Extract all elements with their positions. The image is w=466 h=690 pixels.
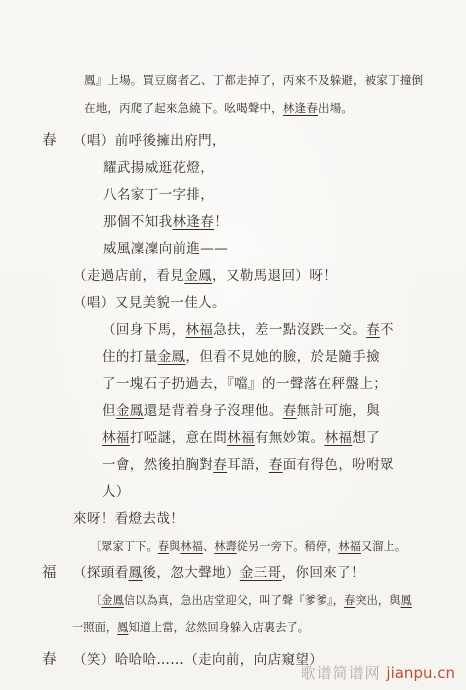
dialogue-line: （走過店前，看見金鳳，又勒馬退回）呀！ [73, 263, 466, 290]
underlined-name: 林福 [324, 430, 352, 446]
text-segment: 面有得色，吩咐眾 [283, 457, 394, 473]
speaker-label: 春 [42, 647, 57, 674]
stage-direction-line: 住的打量金鳳，但看不見她的臉，於是隨手撿 [102, 344, 466, 371]
script-line: 一會，然後拍胸對春耳語，春面有得色，吩咐眾 [0, 452, 466, 479]
text-segment: ！ [214, 214, 228, 230]
underlined-name: 春 [158, 540, 169, 553]
script-line: 福 （探頭看鳳後，忽大聲地）金三哥，你回來了！ [0, 560, 466, 587]
text-segment: （唱）又見美貌一佳人。 [73, 295, 226, 311]
underlined-name: 林福 [102, 430, 130, 446]
stage-direction-line: 林福打啞謎，意在問林福有無妙策。林福想了 [102, 425, 466, 452]
underlined-name: 春 [366, 322, 380, 338]
text-segment: 八名家丁一字排， [103, 187, 214, 203]
text-segment: ，你回來了！ [282, 565, 365, 581]
dialogue-line: （探頭看鳳後，忽大聲地）金三哥，你回來了！ [73, 560, 466, 587]
text-segment: 那個不知我 [103, 214, 173, 230]
script-line: 但金鳳還是背着身子沒理他。春無計可施，與 [0, 398, 466, 425]
text-segment: ，又勒馬退回）呀！ [212, 268, 337, 284]
text-segment: 、 [203, 540, 214, 553]
script-line: 人） [0, 479, 466, 506]
underlined-name: 鳳 [117, 621, 128, 634]
dialogue-line: （唱）又見美貌一佳人。 [73, 290, 466, 317]
text-segment: （探頭看 [73, 565, 129, 581]
stage-direction-line: 了一塊石子扔過去，『噹』的一聲落在秤盤上； [102, 371, 466, 398]
text-segment: 有無妙策。 [255, 430, 325, 446]
underlined-name: 林逢春 [173, 214, 215, 230]
script-line: 〔金鳳信以為真，急出店堂迎父，叫了聲『爹爹』，春突出，與鳳 [0, 587, 466, 614]
text-segment: 住的打量 [102, 349, 158, 365]
text-segment: 但 [102, 403, 116, 419]
dialogue-line: 來呀！看燈去哉！ [73, 506, 466, 533]
text-segment: 想了 [352, 430, 380, 446]
opening-stage-direction: 鳳』上場。買豆腐者乙、丁都走掉了，丙來不及躲避，被家丁撞倒 在地，丙爬了起來急繞… [84, 66, 424, 122]
script-body: 春 （唱）前呼後擁出府門， 耀武揚威逛花燈， 八名家丁一字排， 那個不知我林逢春… [0, 128, 466, 674]
text-segment: 〔眾家丁下。 [90, 540, 158, 553]
script-line: 那個不知我林逢春！ [0, 209, 466, 236]
underlined-name: 春 [213, 457, 227, 473]
text-segment: 出場。 [318, 101, 353, 115]
stage-direction-small: 一照面，鳳知道上當，忿然回身躲入店裏去了。 [72, 614, 466, 641]
underlined-name: 金鳳 [158, 349, 186, 365]
script-line: 林福打啞謎，意在問林福有無妙策。林福想了 [0, 425, 466, 452]
underlined-name: 金鳳 [184, 268, 212, 284]
text-segment: 了一塊石子扔過去，『噹』的一聲落在秤盤上； [102, 376, 387, 392]
text-segment: 信以為真，急出店堂迎父，叫了聲『爹爹』， [124, 594, 344, 607]
stage-direction-line: 但金鳳還是背着身子沒理他。春無計可施，與 [102, 398, 466, 425]
script-line: 住的打量金鳳，但看不見她的臉，於是隨手撿 [0, 344, 466, 371]
text-segment: 打啞謎，意在問 [130, 430, 227, 446]
script-line: 了一塊石子扔過去，『噹』的一聲落在秤盤上； [0, 371, 466, 398]
script-line: （走過店前，看見金鳳，又勒馬退回）呀！ [0, 263, 466, 290]
text-segment: 一會，然後拍胸對 [102, 457, 213, 473]
text-segment: 〔 [90, 594, 101, 607]
text-segment: 在地，丙爬了起來急繞下。吆喝聲中， [84, 101, 283, 115]
text-segment: 鳳』上場。買豆腐者乙、丁都走掉了，丙來不及躲避，被家丁撞倒 [84, 73, 423, 87]
script-line: 春 （唱）前呼後擁出府門， [0, 128, 466, 155]
speaker-label: 春 [42, 128, 57, 155]
speaker-label: 福 [42, 560, 57, 587]
text-segment: 又溜上。 [361, 540, 406, 553]
script-line: 來呀！看燈去哉！ [0, 506, 466, 533]
underlined-name: 林壽 [214, 540, 237, 553]
underlined-name: 鳳 [129, 565, 143, 581]
sung-line: （唱）前呼後擁出府門， [73, 128, 466, 155]
text-segment: 一照面， [72, 621, 117, 634]
scanned-script-page: 鳳』上場。買豆腐者乙、丁都走掉了，丙來不及躲避，被家丁撞倒 在地，丙爬了起來急繞… [0, 0, 466, 690]
script-line: 八名家丁一字排， [0, 182, 466, 209]
stage-direction-line: 鳳』上場。買豆腐者乙、丁都走掉了，丙來不及躲避，被家丁撞倒 [84, 66, 424, 94]
text-segment: 從另一旁下。稍停， [237, 540, 339, 553]
watermark-site-url: jianpu.cn [386, 664, 455, 682]
text-segment: 急扶，差一點沒跌一交。 [213, 322, 366, 338]
underlined-name: 金鳳 [116, 403, 144, 419]
text-segment: 知道上當，忿然回身躲入店裏去了。 [128, 621, 309, 634]
script-line: 威風凜凜向前進—— [0, 236, 466, 263]
underlined-name: 林福 [180, 540, 203, 553]
text-segment: 後，忽大聲地） [143, 565, 240, 581]
stage-direction-line: 人） [102, 479, 466, 506]
underlined-name: 林福 [338, 540, 361, 553]
underlined-name: 金鳳 [101, 594, 124, 607]
text-segment: 突出，與 [355, 594, 400, 607]
text-segment: 耀武揚威逛花燈， [103, 160, 214, 176]
watermark: 歌谱简谱网 jianpu.cn [301, 662, 455, 683]
underlined-name: 鳳 [400, 594, 411, 607]
text-segment: （笑）哈哈哈……（走向前，向店窺望） [73, 652, 323, 668]
stage-direction-small: 〔金鳳信以為真，急出店堂迎父，叫了聲『爹爹』，春突出，與鳳 [90, 587, 466, 614]
text-segment: 無計可施，與 [297, 403, 380, 419]
script-line: （唱）又見美貌一佳人。 [0, 290, 466, 317]
text-segment: ，但看不見她的臉，於是隨手撿 [185, 349, 380, 365]
underlined-name: 春 [269, 457, 283, 473]
stage-direction-line: 在地，丙爬了起來急繞下。吆喝聲中，林逢春出場。 [84, 94, 424, 122]
underlined-name: 金三哥 [240, 565, 282, 581]
underlined-name: 林逢春 [283, 101, 318, 115]
underlined-name: 春 [344, 594, 355, 607]
underlined-name: 林福 [227, 430, 255, 446]
text-segment: （唱）前呼後擁出府門， [73, 133, 226, 149]
sung-line: 那個不知我林逢春！ [103, 209, 466, 236]
text-segment: 不 [380, 322, 394, 338]
stage-direction-line: 一會，然後拍胸對春耳語，春面有得色，吩咐眾 [102, 452, 466, 479]
text-segment: 威風凜凜向前進—— [103, 241, 228, 257]
sung-line: 耀武揚威逛花燈， [103, 155, 466, 182]
script-line: 一照面，鳳知道上當，忿然回身躲入店裏去了。 [0, 614, 466, 641]
underlined-name: 春 [283, 403, 297, 419]
script-line: 〔眾家丁下。春與林福、林壽從另一旁下。稍停，林福又溜上。 [0, 533, 466, 560]
stage-direction-small: 〔眾家丁下。春與林福、林壽從另一旁下。稍停，林福又溜上。 [90, 533, 466, 560]
script-line: 耀武揚威逛花燈， [0, 155, 466, 182]
text-segment: 還是背着身子沒理他。 [144, 403, 283, 419]
text-segment: 來呀！看燈去哉！ [73, 511, 184, 527]
sung-line: 八名家丁一字排， [103, 182, 466, 209]
text-segment: 耳語， [227, 457, 269, 473]
text-segment: （走過店前，看見 [73, 268, 184, 284]
text-segment: （回身下馬， [102, 322, 185, 338]
watermark-site-name: 歌谱简谱网 [301, 664, 381, 682]
stage-direction-line: （回身下馬，林福急扶，差一點沒跌一交。春不 [102, 317, 466, 344]
text-segment: 與 [169, 540, 180, 553]
text-segment: 人） [102, 484, 130, 500]
page-content: 鳳』上場。買豆腐者乙、丁都走掉了，丙來不及躲避，被家丁撞倒 在地，丙爬了起來急繞… [0, 0, 466, 674]
sung-line: 威風凜凜向前進—— [103, 236, 466, 263]
script-line: （回身下馬，林福急扶，差一點沒跌一交。春不 [0, 317, 466, 344]
underlined-name: 林福 [185, 322, 213, 338]
